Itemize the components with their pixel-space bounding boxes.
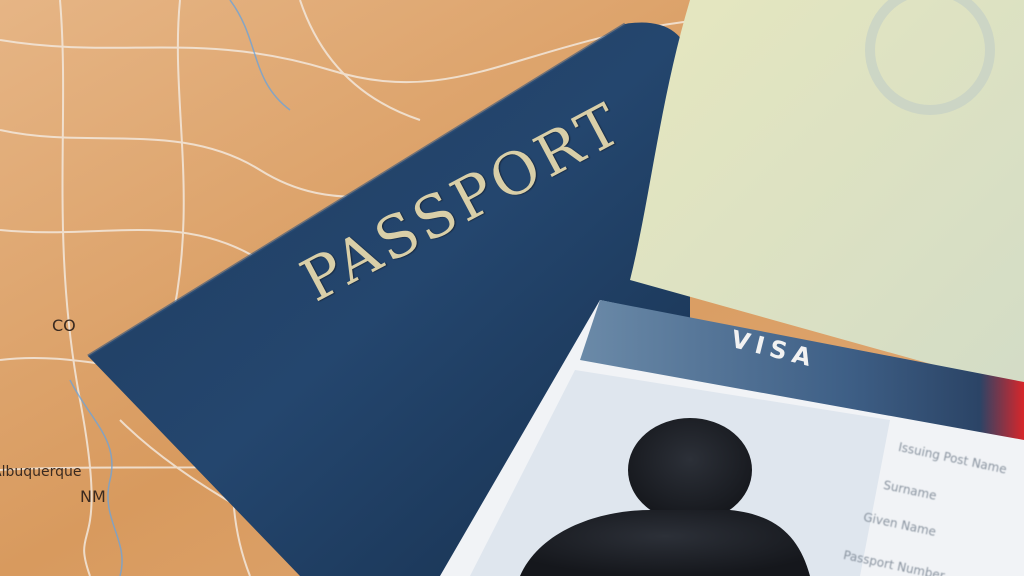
photo-scene: CO NM Albuquerque PASSPORT VISA Issuing … bbox=[0, 0, 1024, 576]
map-label-albuquerque: Albuquerque bbox=[0, 464, 81, 480]
photo-background bbox=[0, 0, 1024, 576]
map-label-co: CO bbox=[52, 316, 76, 335]
map-label-nm: NM bbox=[80, 487, 106, 506]
